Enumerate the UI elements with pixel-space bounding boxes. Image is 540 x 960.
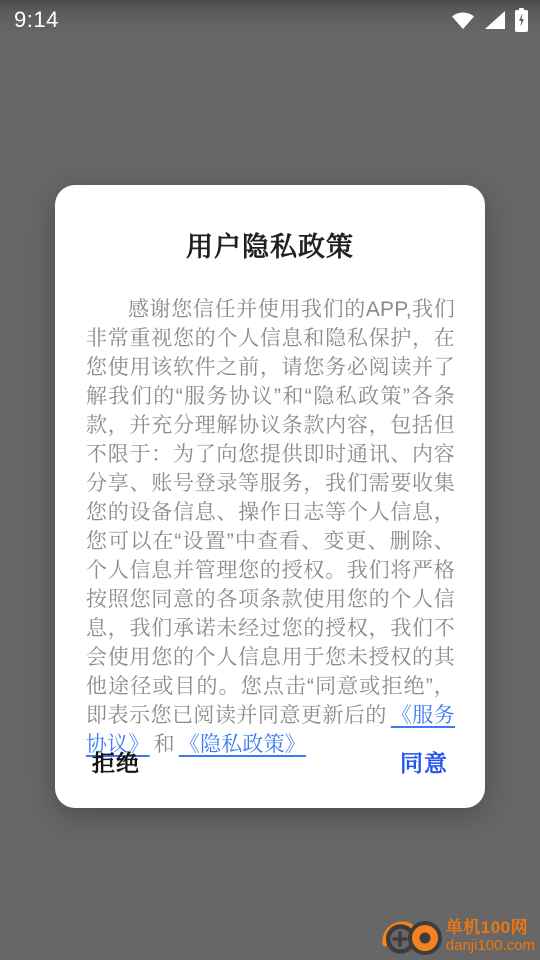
privacy-policy-dialog: 用户隐私政策 感谢您信任并使用我们的APP,我们非常重视您的个人信息和隐私保护，… — [55, 185, 485, 808]
reject-button[interactable]: 拒绝 — [90, 741, 142, 782]
danji100-logo-icon — [380, 915, 444, 957]
battery-charging-icon — [515, 8, 528, 32]
dialog-title: 用户隐私政策 — [55, 225, 485, 264]
watermark-site-url: danji100.com — [446, 938, 535, 953]
policy-body-text: 感谢您信任并使用我们的APP,我们非常重视您的个人信息和隐私保护，在您使用该软件… — [86, 295, 455, 759]
status-bar: 9:14 — [0, 0, 540, 40]
watermark: 单机100网 danji100.com — [380, 915, 535, 957]
watermark-text: 单机100网 danji100.com — [446, 919, 535, 953]
signal-icon — [484, 10, 506, 30]
watermark-site-name: 单机100网 — [446, 919, 535, 936]
dialog-actions: 拒绝 同意 — [55, 741, 485, 782]
wifi-icon — [451, 10, 475, 30]
status-icons — [451, 8, 528, 32]
status-time: 9:14 — [14, 7, 59, 33]
agree-button[interactable]: 同意 — [398, 741, 450, 782]
policy-text: 感谢您信任并使用我们的APP,我们非常重视您的个人信息和隐私保护，在您使用该软件… — [86, 298, 455, 727]
